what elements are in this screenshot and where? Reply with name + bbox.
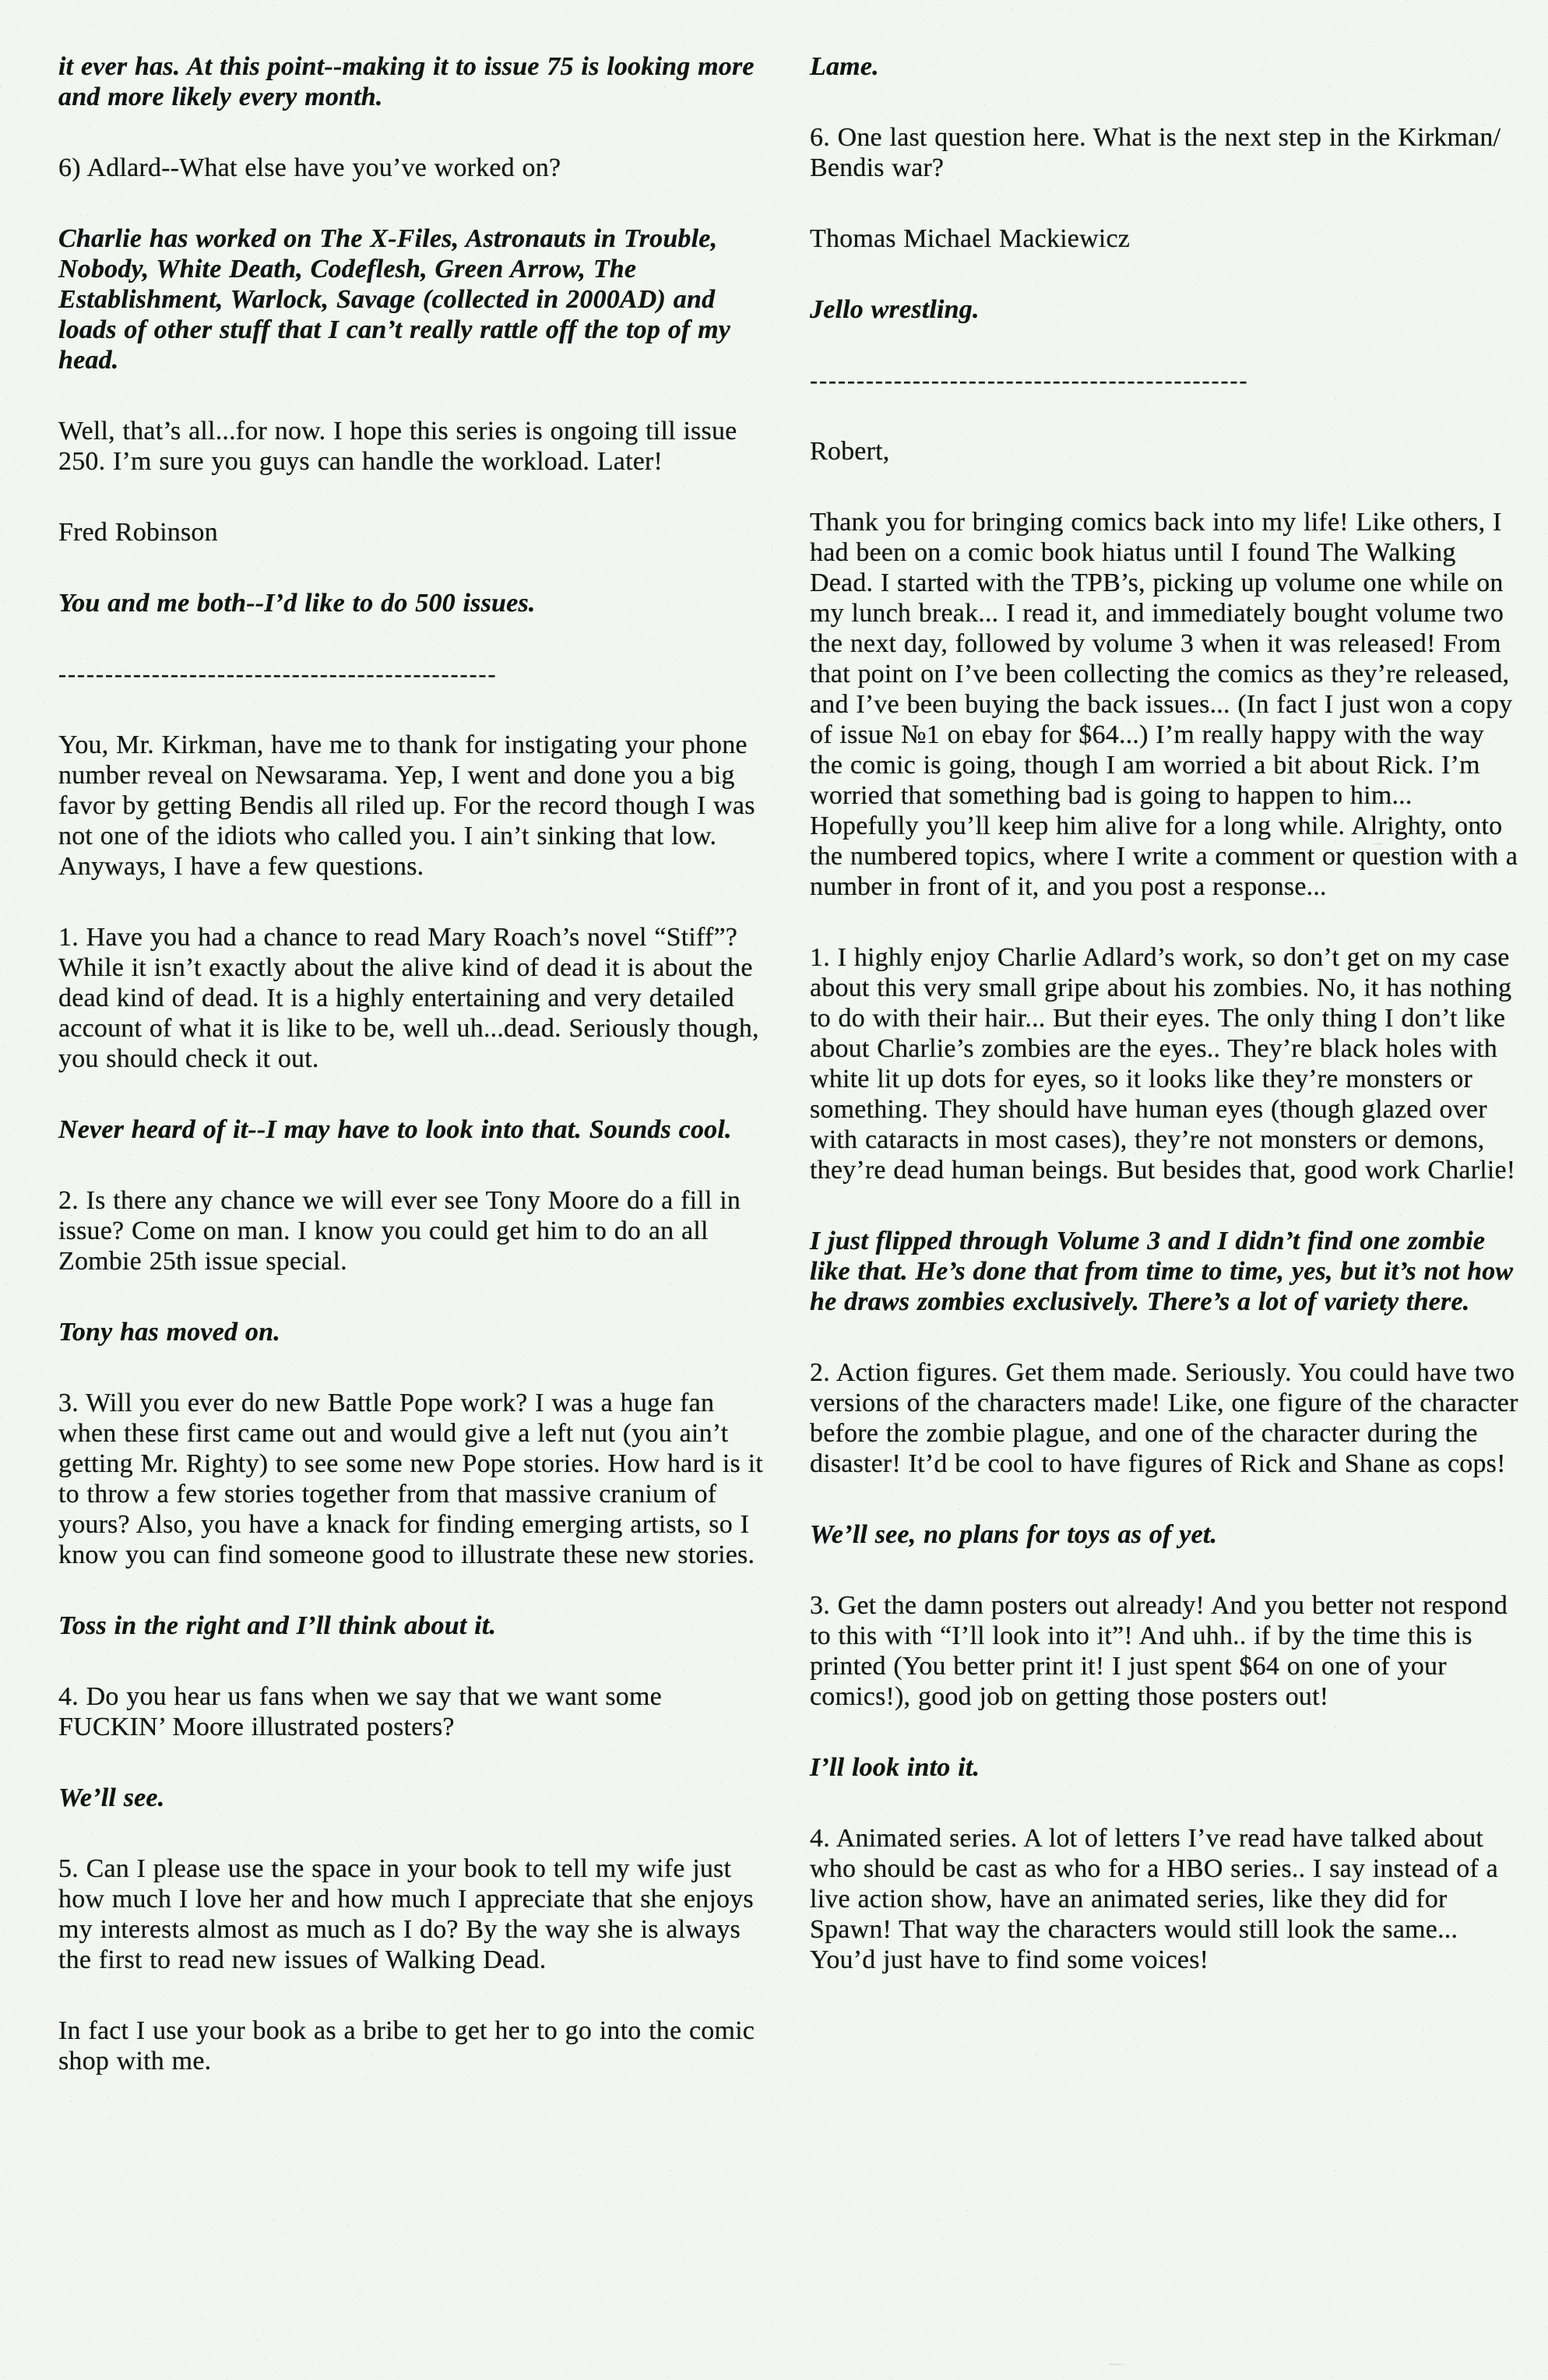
editor-response-text: Never heard of it--I may have to look in…: [58, 1114, 771, 1145]
editor-response-text: Toss in the right and I’ll think about i…: [58, 1611, 771, 1641]
right-column: Lame. 6. One last question here. What is…: [810, 51, 1522, 2117]
reader-letter-text: 5. Can I please use the space in your bo…: [58, 1854, 771, 1975]
reader-letter-text: 3. Get the damn posters out already! And…: [810, 1590, 1522, 1712]
editor-response-text: I just flipped through Volume 3 and I di…: [810, 1226, 1522, 1317]
editor-response-text: Lame.: [810, 51, 1522, 82]
reader-letter-text: 6) Adlard--What else have you’ve worked …: [58, 153, 771, 183]
salutation-text: Robert,: [810, 436, 1522, 466]
reader-letter-text: You, Mr. Kirkman, have me to thank for i…: [58, 730, 771, 882]
editor-response-text: Charlie has worked on The X-Files, Astro…: [58, 224, 771, 375]
editor-response-text: I’ll look into it.: [810, 1752, 1522, 1783]
editor-response-text: it ever has. At this point--making it to…: [58, 51, 771, 112]
reader-letter-text: In fact I use your book as a bribe to ge…: [58, 2016, 771, 2076]
editor-response-text: We’ll see, no plans for toys as of yet.: [810, 1519, 1522, 1550]
reader-letter-text: Thank you for bringing comics back into …: [810, 507, 1522, 902]
reader-letter-text: 4. Animated series. A lot of letters I’v…: [810, 1823, 1522, 1975]
reader-letter-text: 4. Do you hear us fans when we say that …: [58, 1681, 771, 1742]
reader-letter-text: 1. Have you had a chance to read Mary Ro…: [58, 922, 771, 1074]
two-column-text-layout: it ever has. At this point--making it to…: [0, 0, 1548, 2117]
dashed-divider: ----------------------------------------…: [810, 365, 1522, 396]
editor-response-text: You and me both--I’d like to do 500 issu…: [58, 588, 771, 618]
reader-letter-text: Well, that’s all...for now. I hope this …: [58, 416, 771, 477]
editor-response-text: Tony has moved on.: [58, 1317, 771, 1347]
left-column: it ever has. At this point--making it to…: [58, 51, 771, 2117]
reader-letter-text: 2. Is there any chance we will ever see …: [58, 1185, 771, 1276]
signature-name: Fred Robinson: [58, 517, 771, 547]
reader-letter-text: 1. I highly enjoy Charlie Adlard’s work,…: [810, 942, 1522, 1185]
letters-page: it ever has. At this point--making it to…: [0, 0, 1548, 2380]
reader-letter-text: 2. Action figures. Get them made. Seriou…: [810, 1357, 1522, 1479]
editor-response-text: We’ll see.: [58, 1783, 771, 1813]
editor-response-text: Jello wrestling.: [810, 294, 1522, 325]
dashed-divider: ----------------------------------------…: [58, 659, 771, 689]
reader-letter-text: 3. Will you ever do new Battle Pope work…: [58, 1388, 771, 1570]
reader-letter-text: 6. One last question here. What is the n…: [810, 122, 1522, 183]
signature-name: Thomas Michael Mackiewicz: [810, 224, 1522, 254]
